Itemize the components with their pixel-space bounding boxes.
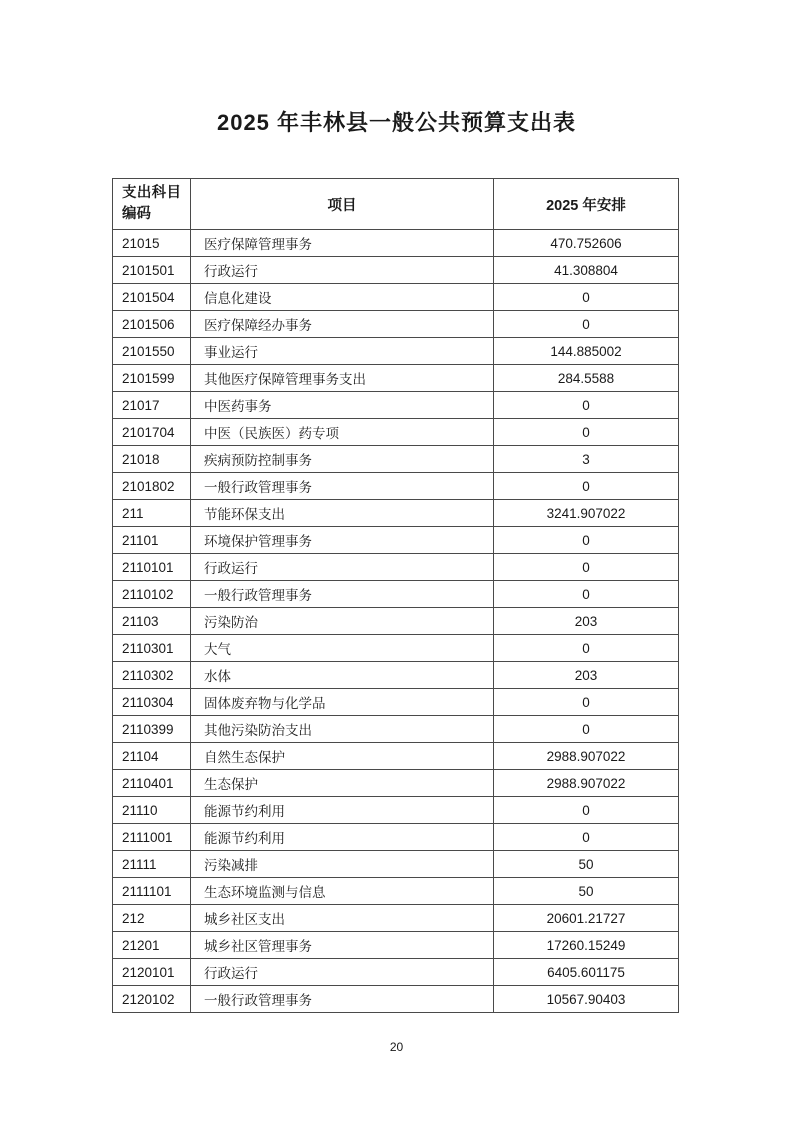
table-row: 2110304 固体废弃物与化学品 0 xyxy=(113,689,679,716)
amount-cell: 20601.21727 xyxy=(494,905,679,932)
code-cell: 21103 xyxy=(113,608,191,635)
item-cell: 能源节约利用 xyxy=(191,824,494,851)
code-cell: 21015 xyxy=(113,230,191,257)
table-row: 2110101 行政运行 0 xyxy=(113,554,679,581)
header-code-line1: 支出科目 xyxy=(122,183,181,204)
item-cell: 污染防治 xyxy=(191,608,494,635)
item-cell: 其他医疗保障管理事务支出 xyxy=(191,365,494,392)
amount-cell: 2988.907022 xyxy=(494,743,679,770)
table-body: 21015 医疗保障管理事务 470.752606 2101501 行政运行 4… xyxy=(113,230,679,1013)
item-cell: 能源节约利用 xyxy=(191,797,494,824)
amount-cell: 17260.15249 xyxy=(494,932,679,959)
amount-cell: 0 xyxy=(494,635,679,662)
amount-cell: 41.308804 xyxy=(494,257,679,284)
table-row: 2120101 行政运行 6405.601175 xyxy=(113,959,679,986)
code-cell: 2101599 xyxy=(113,365,191,392)
page-title: 2025 年丰林县一般公共预算支出表 xyxy=(0,106,793,137)
amount-cell: 0 xyxy=(494,716,679,743)
amount-cell: 3241.907022 xyxy=(494,500,679,527)
item-cell: 水体 xyxy=(191,662,494,689)
code-cell: 2110102 xyxy=(113,581,191,608)
table-row: 2101704 中医（民族医）药专项 0 xyxy=(113,419,679,446)
header-code: 支出科目 编码 xyxy=(113,179,191,230)
amount-cell: 0 xyxy=(494,581,679,608)
code-cell: 211 xyxy=(113,500,191,527)
code-cell: 2101802 xyxy=(113,473,191,500)
amount-cell: 10567.90403 xyxy=(494,986,679,1013)
table-row: 21104 自然生态保护 2988.907022 xyxy=(113,743,679,770)
amount-cell: 470.752606 xyxy=(494,230,679,257)
item-cell: 污染减排 xyxy=(191,851,494,878)
amount-cell: 0 xyxy=(494,284,679,311)
code-cell: 2101504 xyxy=(113,284,191,311)
amount-cell: 0 xyxy=(494,689,679,716)
table-row: 2101506 医疗保障经办事务 0 xyxy=(113,311,679,338)
code-cell: 212 xyxy=(113,905,191,932)
amount-cell: 0 xyxy=(494,824,679,851)
table-row: 2101599 其他医疗保障管理事务支出 284.5588 xyxy=(113,365,679,392)
table-row: 2111101 生态环境监测与信息 50 xyxy=(113,878,679,905)
code-cell: 2101501 xyxy=(113,257,191,284)
item-cell: 生态保护 xyxy=(191,770,494,797)
amount-cell: 6405.601175 xyxy=(494,959,679,986)
table-row: 211 节能环保支出 3241.907022 xyxy=(113,500,679,527)
amount-cell: 2988.907022 xyxy=(494,770,679,797)
amount-cell: 0 xyxy=(494,797,679,824)
table-row: 2101501 行政运行 41.308804 xyxy=(113,257,679,284)
code-cell: 2110302 xyxy=(113,662,191,689)
amount-cell: 0 xyxy=(494,527,679,554)
table-row: 21110 能源节约利用 0 xyxy=(113,797,679,824)
table-row: 212 城乡社区支出 20601.21727 xyxy=(113,905,679,932)
table-row: 2120102 一般行政管理事务 10567.90403 xyxy=(113,986,679,1013)
item-cell: 一般行政管理事务 xyxy=(191,581,494,608)
table-row: 2111001 能源节约利用 0 xyxy=(113,824,679,851)
item-cell: 节能环保支出 xyxy=(191,500,494,527)
table-row: 2110301 大气 0 xyxy=(113,635,679,662)
item-cell: 城乡社区支出 xyxy=(191,905,494,932)
item-cell: 自然生态保护 xyxy=(191,743,494,770)
table-row: 21111 污染减排 50 xyxy=(113,851,679,878)
code-cell: 21111 xyxy=(113,851,191,878)
item-cell: 事业运行 xyxy=(191,338,494,365)
amount-cell: 203 xyxy=(494,608,679,635)
table-row: 2101802 一般行政管理事务 0 xyxy=(113,473,679,500)
code-cell: 2101506 xyxy=(113,311,191,338)
table-row: 21101 环境保护管理事务 0 xyxy=(113,527,679,554)
code-cell: 2110401 xyxy=(113,770,191,797)
table-row: 21201 城乡社区管理事务 17260.15249 xyxy=(113,932,679,959)
table-row: 21103 污染防治 203 xyxy=(113,608,679,635)
item-cell: 中医药事务 xyxy=(191,392,494,419)
code-cell: 2110399 xyxy=(113,716,191,743)
code-cell: 2120102 xyxy=(113,986,191,1013)
header-item: 项目 xyxy=(191,179,494,230)
code-cell: 21110 xyxy=(113,797,191,824)
item-cell: 一般行政管理事务 xyxy=(191,473,494,500)
header-row: 支出科目 编码 项目 2025 年安排 xyxy=(113,179,679,230)
page-number: 20 xyxy=(0,1040,793,1054)
amount-cell: 0 xyxy=(494,392,679,419)
header-amount: 2025 年安排 xyxy=(494,179,679,230)
item-cell: 生态环境监测与信息 xyxy=(191,878,494,905)
item-cell: 固体废弃物与化学品 xyxy=(191,689,494,716)
code-cell: 21201 xyxy=(113,932,191,959)
item-cell: 行政运行 xyxy=(191,554,494,581)
amount-cell: 0 xyxy=(494,554,679,581)
table-row: 2110102 一般行政管理事务 0 xyxy=(113,581,679,608)
code-cell: 2101704 xyxy=(113,419,191,446)
document-page: 2025 年丰林县一般公共预算支出表 支出科目 编码 项目 2025 年安排 2… xyxy=(0,0,793,1122)
item-cell: 中医（民族医）药专项 xyxy=(191,419,494,446)
item-cell: 医疗保障管理事务 xyxy=(191,230,494,257)
code-cell: 2111001 xyxy=(113,824,191,851)
item-cell: 其他污染防治支出 xyxy=(191,716,494,743)
table-row: 21018 疾病预防控制事务 3 xyxy=(113,446,679,473)
budget-table: 支出科目 编码 项目 2025 年安排 21015 医疗保障管理事务 470.7… xyxy=(112,178,679,1013)
code-cell: 2120101 xyxy=(113,959,191,986)
table-row: 21015 医疗保障管理事务 470.752606 xyxy=(113,230,679,257)
amount-cell: 144.885002 xyxy=(494,338,679,365)
table-row: 2101550 事业运行 144.885002 xyxy=(113,338,679,365)
code-cell: 2110301 xyxy=(113,635,191,662)
table-row: 21017 中医药事务 0 xyxy=(113,392,679,419)
amount-cell: 50 xyxy=(494,878,679,905)
item-cell: 城乡社区管理事务 xyxy=(191,932,494,959)
amount-cell: 203 xyxy=(494,662,679,689)
item-cell: 行政运行 xyxy=(191,257,494,284)
amount-cell: 0 xyxy=(494,473,679,500)
header-code-line2: 编码 xyxy=(122,204,181,225)
item-cell: 信息化建设 xyxy=(191,284,494,311)
code-cell: 21017 xyxy=(113,392,191,419)
code-cell: 21101 xyxy=(113,527,191,554)
code-cell: 2101550 xyxy=(113,338,191,365)
item-cell: 一般行政管理事务 xyxy=(191,986,494,1013)
table-row: 2110401 生态保护 2988.907022 xyxy=(113,770,679,797)
item-cell: 医疗保障经办事务 xyxy=(191,311,494,338)
item-cell: 环境保护管理事务 xyxy=(191,527,494,554)
table-row: 2110302 水体 203 xyxy=(113,662,679,689)
code-cell: 2111101 xyxy=(113,878,191,905)
amount-cell: 284.5588 xyxy=(494,365,679,392)
item-cell: 大气 xyxy=(191,635,494,662)
item-cell: 疾病预防控制事务 xyxy=(191,446,494,473)
table-row: 2101504 信息化建设 0 xyxy=(113,284,679,311)
amount-cell: 0 xyxy=(494,419,679,446)
table-row: 2110399 其他污染防治支出 0 xyxy=(113,716,679,743)
code-cell: 2110304 xyxy=(113,689,191,716)
item-cell: 行政运行 xyxy=(191,959,494,986)
code-cell: 21104 xyxy=(113,743,191,770)
amount-cell: 0 xyxy=(494,311,679,338)
code-cell: 21018 xyxy=(113,446,191,473)
code-cell: 2110101 xyxy=(113,554,191,581)
amount-cell: 3 xyxy=(494,446,679,473)
amount-cell: 50 xyxy=(494,851,679,878)
